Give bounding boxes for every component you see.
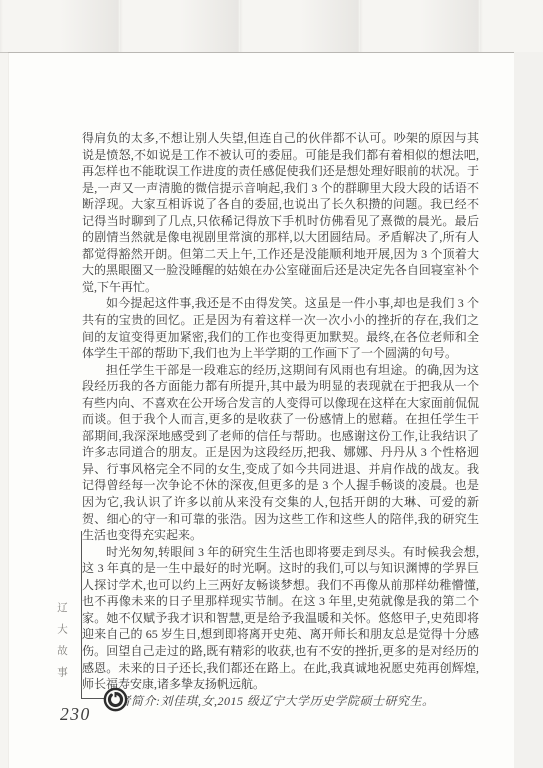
- author-bio-line: 作者简介:刘佳琪,女,2015 级辽宁大学历史学院硕士研究生。: [82, 693, 479, 710]
- corner-rule-vertical: [81, 531, 82, 699]
- body-paragraph: 时光匆匆,转眼间 3 年的研究生生活也即将要走到尽头。有时候我会想,这 3 年真…: [82, 544, 479, 693]
- book-page: 得肩负的太多,不想让别人失望,但连自己的伙伴都不认可。吵架的原因与其说是愤怒,不…: [8, 53, 514, 768]
- scan-edge-top: [0, 0, 543, 53]
- body-paragraph: 担任学生干部是一段难忘的经历,这期间有风雨也有坦途。的确,因为这段经历我的各方面…: [82, 362, 479, 544]
- scan-edge-right: [512, 52, 543, 768]
- series-label-vertical: 辽大故事: [54, 602, 69, 752]
- body-text: 得肩负的太多,不想让别人失望,但连自己的伙伴都不认可。吵架的原因与其说是愤怒,不…: [82, 130, 479, 709]
- body-paragraph: 得肩负的太多,不想让别人失望,但连自己的伙伴都不认可。吵架的原因与其说是愤怒,不…: [82, 130, 479, 295]
- page-number: 230: [60, 704, 91, 725]
- scanned-book-page: 得肩负的太多,不想让别人失望,但连自己的伙伴都不认可。吵架的原因与其说是愤怒,不…: [0, 0, 543, 768]
- spiral-seal-icon: [103, 687, 128, 712]
- body-paragraph: 如今提起这件事,我还是不由得发笑。这虽是一件小事,却也是我们 3 个共有的宝贵的…: [82, 295, 479, 361]
